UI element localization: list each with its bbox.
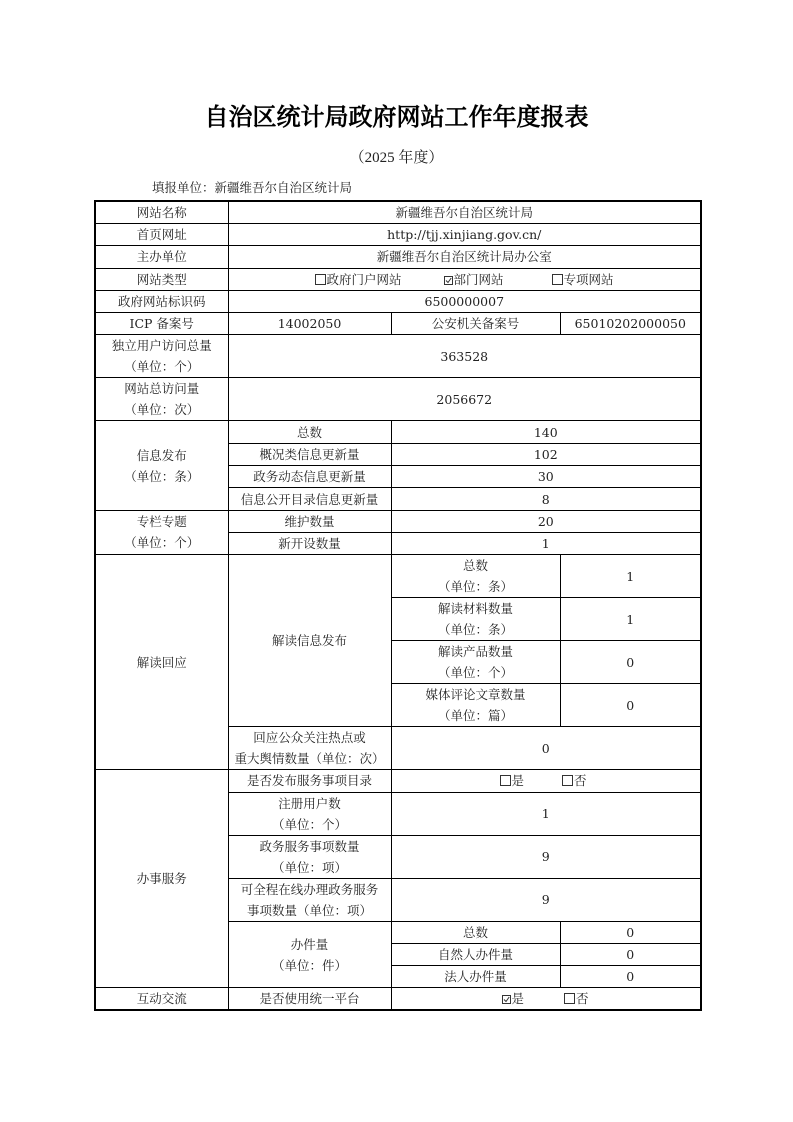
label-info-news: 政务动态信息更新量 [228, 466, 391, 488]
row-unique-visitors: 独立用户访问总量 （单位：个） 363528 [95, 335, 701, 378]
value-cases-legal: 0 [560, 966, 701, 988]
label-line: 总数 [392, 555, 560, 576]
unit-line: （单位：条） [392, 619, 560, 640]
label-columns: 专栏专题 （单位：个） [95, 510, 228, 555]
checkbox-portal-site[interactable]: 政府门户网站 [315, 269, 402, 290]
value-homepage-url[interactable]: http://tjj.xinjiang.gov.cn/ [228, 224, 701, 246]
checkbox-label: 专项网站 [564, 272, 614, 287]
label-homepage-url: 首页网址 [95, 224, 228, 246]
label-line: 专栏专题 [96, 511, 228, 532]
value-interp-products: 0 [560, 641, 701, 684]
page-title: 自治区统计局政府网站工作年度报表 [0, 101, 793, 133]
checkbox-platform-no[interactable]: 否 [564, 988, 589, 1009]
value-interp-materials: 1 [560, 598, 701, 641]
value-columns-maintained: 20 [391, 510, 701, 532]
value-cases-total: 0 [560, 921, 701, 943]
checkbox-label: 部门网站 [454, 272, 504, 287]
value-interp-media: 0 [560, 684, 701, 727]
row-columns-maintained: 专栏专题 （单位：个） 维护数量 20 [95, 510, 701, 532]
row-homepage-url: 首页网址 http://tjj.xinjiang.gov.cn/ [95, 224, 701, 246]
label-cases-total: 总数 [391, 921, 560, 943]
checkbox-label: 否 [574, 773, 587, 788]
label-line: 注册用户数 [229, 793, 391, 814]
unit-line: （单位：次） [96, 399, 228, 420]
label-line: 办件量 [229, 934, 391, 955]
checkbox-platform-yes[interactable]: 是 [502, 988, 525, 1009]
checkbox-unchecked-icon [500, 775, 511, 786]
unit-line: （单位：个） [96, 356, 228, 377]
label-line: 独立用户访问总量 [96, 335, 228, 356]
row-icp: ICP 备案号 14002050 公安机关备案号 65010202000050 [95, 313, 701, 335]
checkbox-department-site[interactable]: 部门网站 [444, 269, 504, 290]
label-site-name: 网站名称 [95, 201, 228, 224]
value-unique-visitors: 363528 [228, 335, 701, 378]
label-online-items: 可全程在线办理政务服务 事项数量（单位：项） [228, 878, 391, 921]
value-interp-total: 1 [560, 555, 701, 598]
checkbox-catalog-yes[interactable]: 是 [500, 770, 525, 791]
label-columns-new: 新开设数量 [228, 532, 391, 554]
value-registered-users: 1 [391, 792, 701, 835]
checkbox-unchecked-icon [562, 775, 573, 786]
label-unique-visitors: 独立用户访问总量 （单位：个） [95, 335, 228, 378]
unified-platform-options: 是 否 [391, 988, 701, 1011]
value-interp-response: 0 [391, 727, 701, 770]
checkbox-unchecked-icon [564, 993, 575, 1004]
label-line: 回应公众关注热点或 [229, 727, 391, 748]
checkbox-label: 政府门户网站 [327, 272, 402, 287]
checkbox-label: 是 [512, 773, 525, 788]
row-total-visits: 网站总访问量 （单位：次） 2056672 [95, 378, 701, 421]
unit-line: （单位：篇） [392, 705, 560, 726]
report-year: （2025 年度） [0, 148, 793, 168]
label-interp-products: 解读产品数量 （单位：个） [391, 641, 560, 684]
unit-line: （单位：条） [96, 466, 228, 487]
label-interp-publish: 解读信息发布 [228, 555, 391, 727]
label-registered-users: 注册用户数 （单位：个） [228, 792, 391, 835]
label-columns-maintained: 维护数量 [228, 510, 391, 532]
label-info-publish: 信息发布 （单位：条） [95, 421, 228, 510]
row-site-name: 网站名称 新疆维吾尔自治区统计局 [95, 201, 701, 224]
row-site-id-code: 政府网站标识码 6500000007 [95, 290, 701, 312]
unit-line: （单位：个） [229, 814, 391, 835]
unit-line: （单位：件） [229, 955, 391, 976]
label-total-visits: 网站总访问量 （单位：次） [95, 378, 228, 421]
label-interp-media: 媒体评论文章数量 （单位：篇） [391, 684, 560, 727]
value-site-name: 新疆维吾尔自治区统计局 [228, 201, 701, 224]
filler-unit: 填报单位：新疆维吾尔自治区统计局 [152, 179, 352, 197]
row-info-total: 信息发布 （单位：条） 总数 140 [95, 421, 701, 443]
label-police-record: 公安机关备案号 [391, 313, 560, 335]
label-cases-legal: 法人办件量 [391, 966, 560, 988]
value-total-visits: 2056672 [228, 378, 701, 421]
checkbox-unchecked-icon [552, 274, 563, 285]
checkbox-label: 是 [512, 991, 525, 1006]
row-interp-total: 解读回应 解读信息发布 总数 （单位：条） 1 [95, 555, 701, 598]
label-info-total: 总数 [228, 421, 391, 443]
label-site-type: 网站类型 [95, 268, 228, 290]
label-info-catalog: 信息公开目录信息更新量 [228, 488, 391, 510]
row-interaction: 互动交流 是否使用统一平台 是 否 [95, 988, 701, 1011]
value-site-id-code: 6500000007 [228, 290, 701, 312]
label-line: 媒体评论文章数量 [392, 684, 560, 705]
label-interp-total: 总数 （单位：条） [391, 555, 560, 598]
unit-line: （单位：项） [229, 857, 391, 878]
label-line: 解读产品数量 [392, 641, 560, 662]
checkbox-special-site[interactable]: 专项网站 [552, 269, 614, 290]
value-info-total: 140 [391, 421, 701, 443]
unit-line: （单位：个） [392, 662, 560, 683]
label-unified-platform: 是否使用统一平台 [228, 988, 391, 1011]
label-service-items: 政务服务事项数量 （单位：项） [228, 835, 391, 878]
checkbox-checked-icon [444, 276, 453, 285]
value-icp: 14002050 [228, 313, 391, 335]
unit-line: （单位：条） [392, 576, 560, 597]
value-cases-natural: 0 [560, 943, 701, 965]
label-interp-materials: 解读材料数量 （单位：条） [391, 598, 560, 641]
value-service-items: 9 [391, 835, 701, 878]
service-catalog-options: 是 否 [391, 770, 701, 792]
checkbox-checked-icon [502, 995, 511, 1004]
row-sponsor: 主办单位 新疆维吾尔自治区统计局办公室 [95, 246, 701, 268]
label-info-overview: 概况类信息更新量 [228, 443, 391, 465]
value-columns-new: 1 [391, 532, 701, 554]
label-services: 办事服务 [95, 770, 228, 988]
label-line: 网站总访问量 [96, 378, 228, 399]
label-cases: 办件量 （单位：件） [228, 921, 391, 988]
site-type-options: 政府门户网站 部门网站 专项网站 [228, 268, 701, 290]
value-online-items: 9 [391, 878, 701, 921]
label-line: 信息发布 [96, 445, 228, 466]
value-info-news: 30 [391, 466, 701, 488]
label-line: 可全程在线办理政务服务 [229, 879, 391, 900]
label-site-id-code: 政府网站标识码 [95, 290, 228, 312]
unit-line: 事项数量（单位：项） [229, 900, 391, 921]
row-service-catalog: 办事服务 是否发布服务事项目录 是 否 [95, 770, 701, 792]
value-info-overview: 102 [391, 443, 701, 465]
label-service-catalog: 是否发布服务事项目录 [228, 770, 391, 792]
value-sponsor: 新疆维吾尔自治区统计局办公室 [228, 246, 701, 268]
label-cases-natural: 自然人办件量 [391, 943, 560, 965]
row-site-type: 网站类型 政府门户网站 部门网站 专项网站 [95, 268, 701, 290]
label-interaction: 互动交流 [95, 988, 228, 1011]
label-line: 解读材料数量 [392, 598, 560, 619]
checkbox-label: 否 [576, 991, 589, 1006]
value-police-record: 65010202000050 [560, 313, 701, 335]
checkbox-catalog-no[interactable]: 否 [562, 770, 587, 791]
unit-line: 重大舆情数量（单位：次） [229, 748, 391, 769]
value-info-catalog: 8 [391, 488, 701, 510]
label-interp-response: 回应公众关注热点或 重大舆情数量（单位：次） [228, 727, 391, 770]
label-interpretation: 解读回应 [95, 555, 228, 770]
report-table: 网站名称 新疆维吾尔自治区统计局 首页网址 http://tjj.xinjian… [94, 200, 702, 1011]
label-sponsor: 主办单位 [95, 246, 228, 268]
checkbox-unchecked-icon [315, 274, 326, 285]
label-icp: ICP 备案号 [95, 313, 228, 335]
label-line: 政务服务事项数量 [229, 836, 391, 857]
unit-line: （单位：个） [96, 532, 228, 553]
